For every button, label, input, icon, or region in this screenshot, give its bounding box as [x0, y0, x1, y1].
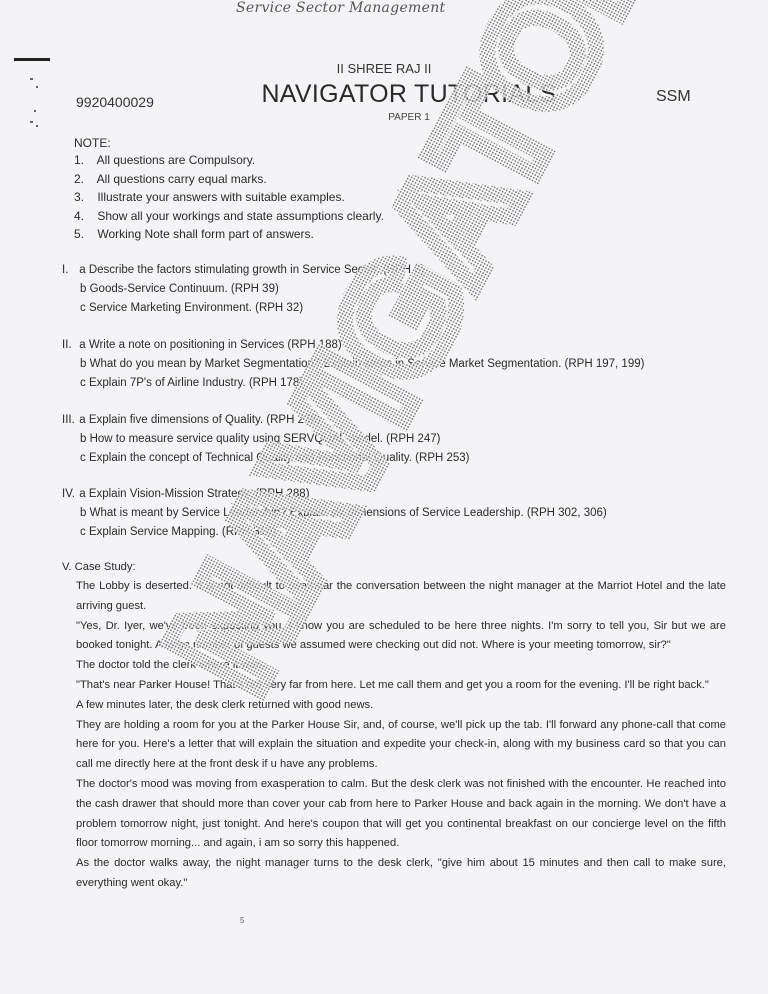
question-part: b How to measure service quality using S…	[62, 430, 470, 449]
question-part: c Explain 7P's of Airline Industry. (RPH…	[62, 374, 644, 393]
question-part: I. a Describe the factors stimulating gr…	[62, 261, 424, 280]
case-paragraph: The doctor told the clerk where it was.	[76, 656, 726, 676]
question-part: II. a Write a note on positioning in Ser…	[62, 336, 644, 355]
notes-list: 1. All questions are Compulsory. 2. All …	[74, 151, 384, 244]
question-part: c Explain Service Mapping. (RPH 310)	[62, 523, 607, 542]
case-study-title: V. Case Study:	[62, 557, 726, 577]
handwritten-subject-title: Service Sector Management	[236, 0, 445, 16]
question-2: II. a Write a note on positioning in Ser…	[62, 336, 644, 393]
question-part: c Explain the concept of Technical Quali…	[62, 449, 470, 468]
subject-code: SSM	[656, 88, 691, 106]
shree-raj-heading: II SHREE RAJ II	[0, 61, 768, 76]
note-item: 5. Working Note shall form part of answe…	[74, 225, 384, 244]
notes-title: NOTE:	[74, 136, 111, 150]
case-study: V. Case Study: The Lobby is deserted. It…	[62, 557, 726, 894]
paper-label: PAPER 1	[0, 112, 768, 123]
case-paragraph: They are holding a room for you at the P…	[76, 716, 726, 775]
case-paragraph: "Yes, Dr. Iyer, we've been expecting you…	[76, 617, 726, 657]
question-4: IV. a Explain Vision-Mission Strategy. (…	[62, 485, 607, 542]
case-paragraph: "That's near Parker House! That's not ve…	[76, 676, 726, 696]
note-item: 4. Show all your workings and state assu…	[74, 207, 384, 226]
question-part: b What is meant by Service Leadership? E…	[62, 504, 607, 523]
question-part: b Goods-Service Continuum. (RPH 39)	[62, 280, 424, 299]
case-study-body: The Lobby is deserted. It is not difficu…	[62, 577, 726, 894]
note-item: 2. All questions carry equal marks.	[74, 170, 384, 189]
note-item: 3. Illustrate your answers with suitable…	[74, 188, 384, 207]
question-part: c Service Marketing Environment. (RPH 32…	[62, 299, 424, 318]
page-number: 5	[240, 916, 244, 925]
question-part: IV. a Explain Vision-Mission Strategy. (…	[62, 485, 607, 504]
question-1: I. a Describe the factors stimulating gr…	[62, 261, 424, 318]
case-paragraph: A few minutes later, the desk clerk retu…	[76, 696, 726, 716]
question-part: b What do you mean by Market Segmentatio…	[62, 355, 644, 374]
case-paragraph: As the doctor walks away, the night mana…	[76, 854, 726, 894]
question-3: III. a Explain five dimensions of Qualit…	[62, 411, 470, 468]
case-paragraph: The doctor's mood was moving from exaspe…	[76, 775, 726, 854]
institute-title: NAVIGATOR TUTORIALS	[0, 80, 768, 109]
document-page: Service Sector Management II SHREE RAJ I…	[0, 0, 768, 994]
question-part: III. a Explain five dimensions of Qualit…	[62, 411, 470, 430]
case-paragraph: The Lobby is deserted. It is not difficu…	[76, 577, 726, 617]
note-item: 1. All questions are Compulsory.	[74, 151, 384, 170]
